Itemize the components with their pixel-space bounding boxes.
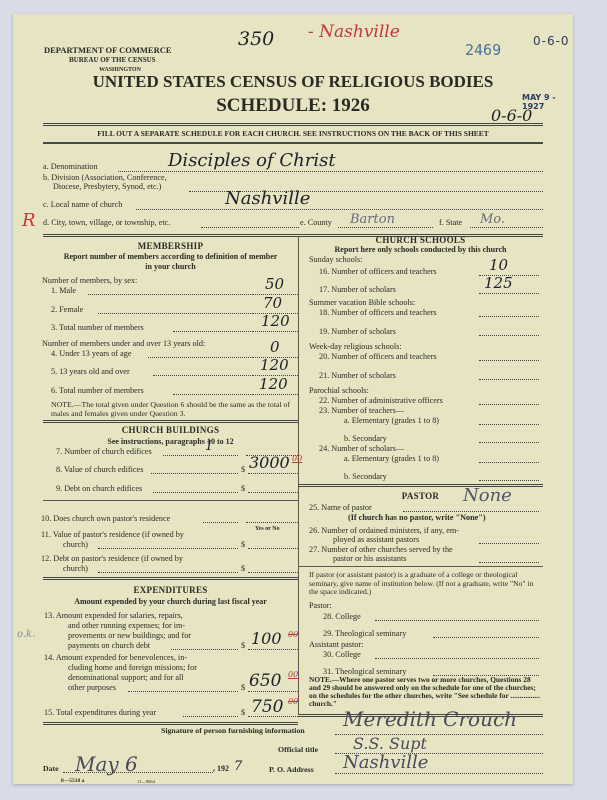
edifices-value-line <box>248 473 298 474</box>
date-field[interactable]: May 6 <box>75 752 138 776</box>
yes-no-hint: Yes or No <box>255 524 280 534</box>
under-13-label: 4. Under 13 years of age <box>51 349 131 359</box>
code-stamp: 0-6-0 <box>533 34 570 48</box>
date-label: Date <box>43 764 59 774</box>
q13-label-1: 13. Amount expended for salaries, repair… <box>44 611 183 621</box>
county-label: e. County <box>300 218 332 228</box>
dollar-sign: $ <box>241 641 245 651</box>
edifices-debt-dots <box>153 492 238 493</box>
pastor-header: Pastor: <box>309 601 332 611</box>
signature-field[interactable]: Meredith Crouch <box>343 707 517 731</box>
total-members-label: 3. Total number of members <box>51 323 144 333</box>
dollar-sign: $ <box>241 564 245 574</box>
edifices-debt-label: 9. Debt on church edifices <box>56 484 142 494</box>
denomination-label: a. Denomination <box>43 162 98 172</box>
admin-officers-field[interactable] <box>479 404 539 405</box>
residence-value-label-2: church) <box>63 540 88 550</box>
residence-debt-field[interactable] <box>248 572 298 573</box>
q14-label-2: cluding home and foreign missions; for <box>68 663 197 673</box>
edifices-value-dots <box>151 473 238 474</box>
weekday-schools-label: Week-day religious schools: <box>309 342 402 352</box>
po-address-line <box>335 773 543 774</box>
teachers-label: 23. Number of teachers— <box>319 406 404 416</box>
official-title-field[interactable]: S.S. Supt <box>353 734 427 753</box>
dollar-sign: $ <box>241 683 245 693</box>
parochial-schools-label: Parochial schools: <box>309 386 369 396</box>
sunday-officers-field[interactable]: 10 <box>489 256 508 274</box>
total-by-age-field[interactable]: 120 <box>259 375 288 393</box>
pastor-college-label: 28. College <box>323 612 361 622</box>
buildings-title: CHURCH BUILDINGS <box>43 425 298 435</box>
total-by-age-label: 6. Total number of members <box>51 386 144 396</box>
dollar-sign: $ <box>241 484 245 494</box>
assistant-college-label: 30. College <box>323 650 361 660</box>
over-13-label: 5. 13 years old and over <box>51 367 130 377</box>
teachers-elementary-field[interactable] <box>479 424 539 425</box>
city-label: d. City, town, village, or township, etc… <box>43 218 170 228</box>
city-field[interactable] <box>201 227 299 228</box>
male-field[interactable]: 50 <box>265 275 284 293</box>
residence-debt-label: 12. Debt on pastor's residence (if owned… <box>41 554 183 564</box>
owns-residence-dots <box>203 522 238 523</box>
pastor-college-field[interactable] <box>375 620 539 621</box>
total-members-field[interactable]: 120 <box>261 312 290 330</box>
column-divider <box>298 236 299 714</box>
membership-rule <box>43 420 298 423</box>
assistant-college-field[interactable] <box>375 658 539 659</box>
residence-debt-dots <box>98 572 238 573</box>
pastor-note: NOTE.—Where one pastor serves two or mor… <box>309 676 541 708</box>
over-13-dots <box>153 375 253 376</box>
sunday-schools-label: Sunday schools: <box>309 255 362 265</box>
sunday-scholars-field[interactable]: 125 <box>484 274 513 292</box>
official-title-label: Official title <box>278 745 318 755</box>
pastor-name-label: 25. Name of pastor <box>309 503 372 513</box>
summer-officers-label: 18. Number of officers and teachers <box>319 308 437 318</box>
pastor-name-hint: (If church has no pastor, write "None") <box>348 513 486 523</box>
dollar-sign: $ <box>241 540 245 550</box>
local-name-line <box>136 209 543 210</box>
edifices-value-field[interactable]: 3000 <box>249 453 290 472</box>
po-address-field[interactable]: Nashville <box>343 752 428 773</box>
buildings-rule <box>43 577 298 580</box>
owns-residence-field[interactable] <box>246 522 298 523</box>
edifices-count-field[interactable]: 1 <box>205 439 213 454</box>
teachers-elementary-label: a. Elementary (grades 1 to 8) <box>344 416 439 426</box>
denomination-field[interactable]: Disciples of Christ <box>168 150 336 171</box>
sunday-scholars-line <box>479 293 539 294</box>
ordained-ministers-field[interactable] <box>479 543 539 544</box>
scholars-secondary-field[interactable] <box>479 480 539 481</box>
weekday-scholars-label: 21. Number of scholars <box>319 371 396 381</box>
other-churches-field[interactable] <box>479 562 539 563</box>
assistant-pastor-header: Assistant pastor: <box>309 640 363 650</box>
q14-label-3: denominational support; and for all <box>68 673 184 683</box>
total-expenditures-label: 15. Total expenditures during year <box>44 708 156 718</box>
pastor-seminary-field[interactable] <box>433 637 539 638</box>
ok-mark: o.k. <box>17 629 35 640</box>
edifices-debt-field[interactable] <box>248 492 298 493</box>
year-digit-field[interactable]: 7 <box>234 759 242 774</box>
file-number-stamp: 2469 <box>465 41 501 59</box>
schools-title: CHURCH SCHOOLS <box>298 235 543 245</box>
scholars-secondary-label: b. Secondary <box>344 472 387 482</box>
teachers-secondary-field[interactable] <box>479 442 539 443</box>
print-number: 11—9064 <box>137 777 155 787</box>
top-city-annotation: - Nashville <box>308 22 400 42</box>
top-number-annotation: 350 <box>238 28 274 50</box>
instruction-banner: FILL OUT A SEPARATE SCHEDULE FOR EACH CH… <box>43 129 543 138</box>
female-label: 2. Female <box>51 305 83 315</box>
total-members-line <box>253 331 298 332</box>
owns-residence-label: 10. Does church own pastor's residence <box>41 514 170 524</box>
signature-label: Signature of person furnishing informati… <box>161 726 305 736</box>
sunday-officers-label: 16. Number of officers and teachers <box>319 267 437 277</box>
summer-scholars-field[interactable] <box>479 335 539 336</box>
census-schedule-page: 350 - Nashville 2469 0-6-0 MAY 9 - 1927 … <box>13 14 573 784</box>
female-field[interactable]: 70 <box>263 294 282 312</box>
scholars-elementary-field[interactable] <box>479 462 539 463</box>
scholars-elementary-label: a. Elementary (grades 1 to 8) <box>344 454 439 464</box>
state-line <box>470 227 543 228</box>
buildings-divider <box>43 500 298 501</box>
q14-line <box>248 691 298 692</box>
year-prefix: , 192 <box>213 764 229 774</box>
county-line <box>338 227 433 228</box>
q13-label-4: payments on church debt <box>68 641 150 651</box>
total-expenditures-cents: 00 <box>288 697 298 706</box>
running-expenses-field[interactable]: 100 <box>251 629 282 648</box>
po-address-label: P. O. Address <box>269 765 314 775</box>
membership-note: NOTE.—The total given under Question 6 s… <box>51 400 296 418</box>
ordained-ministers-label-2: ployed as assistant pastors <box>333 535 419 545</box>
bureau-name: BUREAU OF THE CENSUS <box>69 55 156 65</box>
residence-debt-label-2: church) <box>63 564 88 574</box>
total-by-age-dots <box>173 394 253 395</box>
other-churches-label-2: pastor or his assistants <box>333 554 406 564</box>
buildings-subtitle: See instructions, paragraphs 10 to 12 <box>43 437 298 447</box>
county-field[interactable]: Barton <box>350 212 395 227</box>
by-sex-label: Number of members, by sex: <box>42 276 137 286</box>
edifices-value-cents: 00 <box>292 454 302 463</box>
schools-subtitle: Report here only schools conducted by th… <box>298 245 543 255</box>
local-name-field[interactable]: Nashville <box>225 188 310 209</box>
summer-schools-label: Summer vacation Bible schools: <box>309 298 415 308</box>
local-name-label: c. Local name of church <box>43 200 122 210</box>
q15-dots <box>183 716 238 717</box>
pastor-divider <box>298 566 543 567</box>
teachers-secondary-label: b. Secondary <box>344 434 387 444</box>
pastor-name-field[interactable]: None <box>463 485 512 506</box>
pastor-name-line <box>403 511 539 512</box>
expenditures-rule <box>43 722 298 725</box>
male-label: 1. Male <box>51 286 76 296</box>
q14-label-1: 14. Amount expended for benevolences, in… <box>44 653 187 663</box>
edifices-count-dots <box>163 455 238 456</box>
sunday-scholars-label: 17. Number of scholars <box>319 285 396 295</box>
residence-value-label: 11. Value of pastor's residence (if owne… <box>41 530 184 540</box>
department-name: DEPARTMENT OF COMMERCE <box>44 45 172 55</box>
edifices-value-label: 8. Value of church edifices <box>56 465 143 475</box>
membership-title: MEMBERSHIP <box>43 241 298 251</box>
residence-value-field[interactable] <box>248 548 298 549</box>
edifices-count-label: 7. Number of church edifices <box>56 447 152 457</box>
q13-label-2: and other running expenses; for im- <box>68 621 185 631</box>
total-expenditures-field[interactable]: 750 <box>251 697 283 717</box>
weekday-scholars-field[interactable] <box>479 379 539 380</box>
total-by-age-line <box>253 394 298 395</box>
benevolences-field[interactable]: 650 <box>249 671 281 691</box>
female-dots <box>98 313 253 314</box>
over-13-field[interactable]: 120 <box>260 356 289 374</box>
admin-officers-label: 22. Number of administrative officers <box>319 396 443 406</box>
header-rule <box>43 123 543 126</box>
dollar-sign: $ <box>241 465 245 475</box>
state-label: f. State <box>439 218 462 228</box>
weekday-officers-field[interactable] <box>479 360 539 361</box>
summer-scholars-label: 19. Number of scholars <box>319 327 396 337</box>
weekday-officers-label: 20. Number of officers and teachers <box>319 352 437 362</box>
q14-dots <box>128 691 238 692</box>
under-13-field[interactable]: 0 <box>270 338 280 356</box>
graduate-instructions: If pastor (or assistant pastor) is a gra… <box>309 571 541 597</box>
expenditures-title: EXPENDITURES <box>43 585 298 595</box>
pastor-seminary-label: 29. Theological seminary <box>323 629 406 639</box>
scholars-label: 24. Number of scholars— <box>319 444 404 454</box>
division-label-2: Diocese, Presbytery, Synod, etc.) <box>53 182 161 192</box>
total-members-dots <box>173 331 253 332</box>
membership-subtitle: Report number of members according to de… <box>63 252 278 272</box>
form-title: UNITED STATES CENSUS OF RELIGIOUS BODIES <box>63 72 523 92</box>
under-13-dots <box>148 357 253 358</box>
q14-label-4: other purposes <box>68 683 116 693</box>
dollar-sign: $ <box>241 708 245 718</box>
running-expenses-cents: 00 <box>288 630 298 639</box>
q13-label-3: provements or new buildings; and for <box>68 631 191 641</box>
q13-line <box>248 649 298 650</box>
state-field[interactable]: Mo. <box>480 212 505 227</box>
male-dots <box>88 294 253 295</box>
form-subtitle: SCHEDULE: 1926 <box>63 95 523 117</box>
benevolences-cents: 00 <box>288 670 298 679</box>
by-age-label: Number of members under and over 13 year… <box>42 339 205 349</box>
summer-officers-field[interactable] <box>479 316 539 317</box>
expenditures-subtitle: Amount expended by your church during la… <box>43 597 298 607</box>
form-number: 8—5518 a <box>61 776 84 786</box>
margin-mark: R <box>22 210 36 231</box>
q13-dots <box>171 649 238 650</box>
denomination-line <box>118 171 543 172</box>
residence-value-dots <box>98 548 238 549</box>
instruction-rule <box>43 142 543 144</box>
